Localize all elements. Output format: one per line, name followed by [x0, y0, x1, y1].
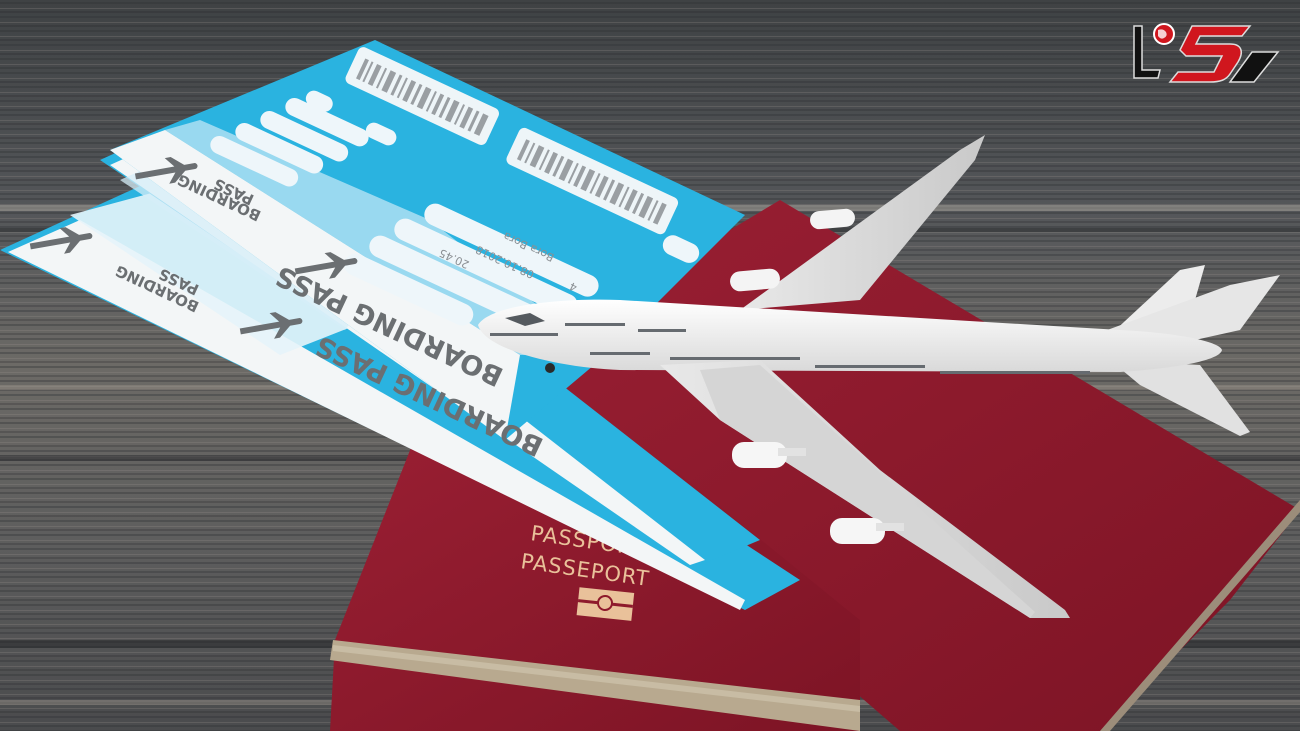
photo-scene: PASSEPORT PASSPORT PASSEPORT — [0, 0, 1300, 731]
brand-logo — [1130, 22, 1282, 86]
biometric-chip-icon — [577, 587, 635, 621]
globe-icon — [1154, 24, 1174, 44]
travel-photo: PASSEPORT PASSPORT PASSEPORT — [0, 0, 1300, 731]
